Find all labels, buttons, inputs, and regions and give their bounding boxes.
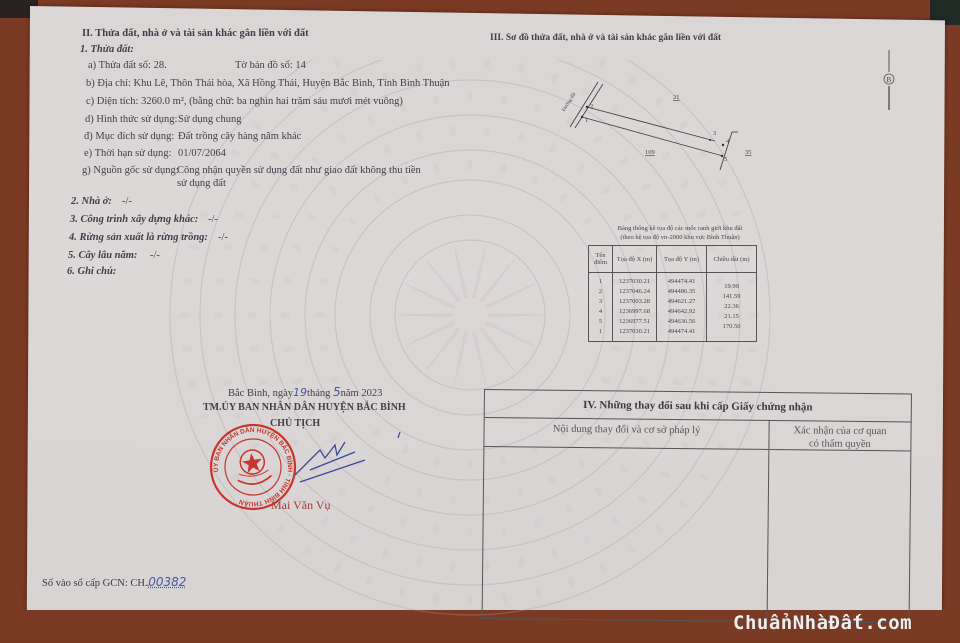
coordinate-table: Tên điểm Tọa độ X (m) Tọa độ Y (m) Chiều…: [588, 245, 757, 342]
place-date: Bắc Bình, ngày19tháng 5năm 2023: [228, 385, 382, 399]
month-handwritten: 5: [333, 385, 341, 399]
signer-name: Mai Văn Vụ: [271, 498, 331, 513]
term-value: 01/07/2064: [178, 148, 226, 159]
col-y: Tọa độ Y (m): [657, 246, 707, 273]
svg-text:1: 1: [585, 117, 588, 124]
origin-value-cont: sử dụng đất: [177, 178, 226, 189]
svg-text:Đường đất: Đường đất: [562, 91, 578, 112]
issuing-org: TM.ỦY BAN NHÂN DÂN HUYỆN BẮC BÌNH: [203, 402, 406, 413]
house-label: 2. Nhà ở:: [71, 196, 112, 207]
svg-text:109: 109: [645, 149, 655, 156]
col-confirm-header: Xác nhận của cơ quan có thẩm quyền: [769, 421, 910, 451]
gcn-label: Số vào sổ cấp GCN:: [42, 578, 128, 589]
parcel-diagram: Đường đất 2 1 3 4 5 21 109 35: [560, 75, 780, 175]
map-sheet-number: Tờ bản đồ số: 14: [235, 60, 306, 71]
signature-scribble-icon: [265, 430, 405, 490]
perennial-label: 5. Cây lâu năm:: [68, 250, 137, 261]
col-x: Tọa độ X (m): [613, 246, 657, 273]
origin-value: Công nhận quyền sử dụng đất như giao đất…: [177, 165, 421, 176]
term-label: e) Thời hạn sử dụng:: [84, 148, 171, 159]
col-length: Chiều dài (m): [707, 246, 757, 273]
svg-text:B: B: [887, 76, 892, 84]
gcn-registry-number: Số vào sổ cấp GCN: CH..00382: [42, 575, 186, 589]
land-heading: 1. Thửa đất:: [80, 44, 134, 55]
svg-text:2: 2: [590, 103, 593, 110]
section-iii-title: III. Sơ đồ thửa đất, nhà ở và tài sản kh…: [490, 33, 721, 43]
purpose-value: Đất trồng cây hàng năm khác: [178, 131, 301, 142]
site-watermark: ChuẩnNhàĐất.com: [733, 612, 912, 634]
changes-confirm-column: Xác nhận của cơ quan có thẩm quyền: [768, 421, 911, 622]
forest-label: 4. Rừng sản xuất là rừng trồng:: [69, 232, 208, 243]
svg-text:3: 3: [713, 130, 716, 137]
perennial-value: -/-: [150, 250, 160, 261]
changes-table: IV. Những thay đổi sau khi cấp Giấy chứn…: [482, 389, 912, 623]
house-value: -/-: [122, 196, 132, 207]
caption-line-1: Bảng thống kê tọa độ các mốc ranh giới k…: [590, 224, 770, 233]
caption-line-2: (theo hệ tọa độ vn-2000 khu vực Bình Thu…: [590, 233, 770, 242]
month-label: tháng: [307, 388, 330, 399]
purpose-label: đ) Mục đích sử dụng:: [84, 131, 174, 142]
year-label: năm 2023: [341, 388, 383, 399]
section-ii-title: II. Thửa đất, nhà ở và tài sản khác gắn …: [82, 28, 309, 39]
coord-table-caption: Bảng thống kê tọa độ các mốc ranh giới k…: [590, 224, 770, 242]
gcn-number-handwritten: 00382: [148, 575, 186, 589]
origin-label: g) Nguồn gốc sử dụng:: [82, 165, 179, 176]
changes-content-column: Nội dung thay đổi và cơ sở pháp lý: [483, 418, 770, 621]
other-construction-label: 3. Công trình xây dựng khác:: [70, 214, 198, 225]
fold-mark-icon: B: [883, 50, 895, 110]
area: c) Diện tích: 3260.0 m², (bằng chữ: ba n…: [86, 96, 403, 107]
changes-title: IV. Những thay đổi sau khi cấp Giấy chứn…: [485, 390, 911, 422]
notes-label: 6. Ghi chú:: [67, 266, 116, 277]
confirm-header-line-2: có thẩm quyền: [769, 437, 910, 451]
parcel-number: a) Thửa đất số: 28.: [88, 60, 167, 71]
point-names: 123451: [589, 273, 613, 342]
table-row: 123451 1237030.211237046.241237003.28123…: [589, 273, 757, 342]
svg-text:35: 35: [745, 149, 752, 156]
use-form-value: Sử dụng chung: [178, 114, 241, 125]
other-construction-value: -/-: [208, 214, 218, 225]
use-form-label: d) Hình thức sử dụng:: [85, 114, 177, 125]
col-point-name: Tên điểm: [589, 246, 613, 273]
day-handwritten: 19: [293, 386, 307, 399]
col-content-header: Nội dung thay đổi và cơ sở pháp lý: [484, 418, 768, 450]
x-values: 1237030.211237046.241237003.281236997.68…: [613, 273, 657, 342]
svg-text:21: 21: [673, 94, 680, 101]
svg-text:5: 5: [724, 156, 727, 163]
length-values: 19.99141.5922.3621.15170.50: [707, 273, 757, 342]
date-prefix: Bắc Bình, ngày: [228, 388, 293, 399]
y-values: 494474.41494486.35494621.27494642.924946…: [657, 273, 707, 342]
gcn-prefix: CH: [130, 578, 145, 589]
address: b) Địa chỉ: Khu Lê, Thôn Thái hòa, Xã Hồ…: [86, 78, 450, 89]
forest-value: -/-: [218, 232, 228, 243]
